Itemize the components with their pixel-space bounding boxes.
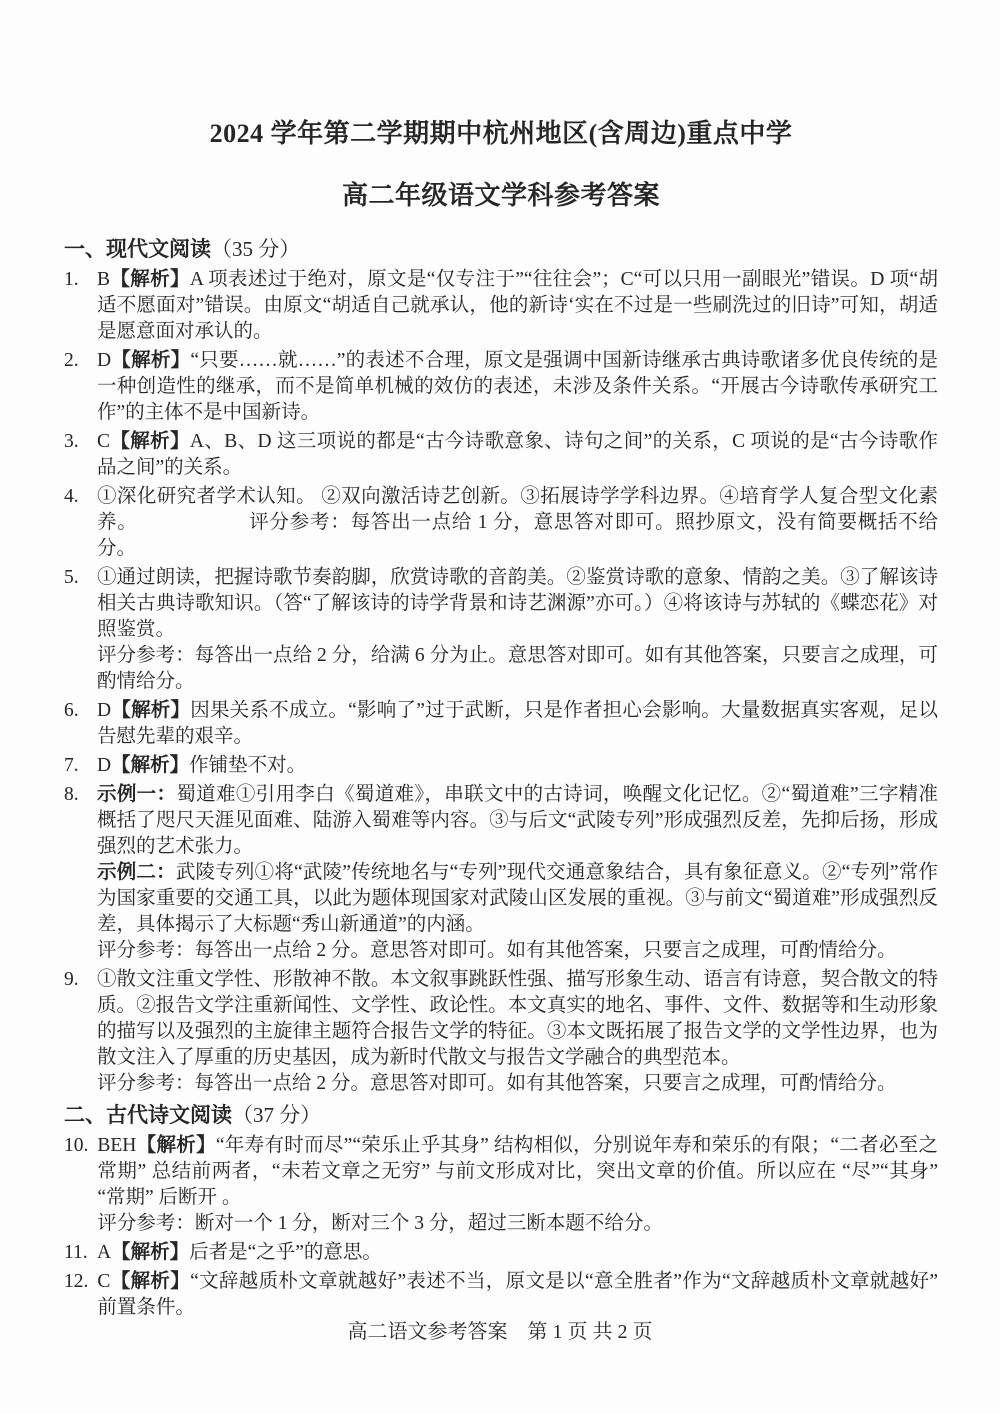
text-run: A 项表述过于绝对，原文是“仅专注于”“往往会”；C“可以只用一副眼光”错误。D… xyxy=(97,269,938,342)
document-page: 2024 学年第二学期期中杭州地区(含周边)重点中学 高二年级语文学科参考答案 … xyxy=(0,0,1000,1414)
answer-item: 2.D【解析】“只要……就……”的表述不合理，原文是强调中国新诗继承古典诗歌诸多… xyxy=(64,348,938,426)
item-number: 3. xyxy=(64,429,88,481)
item-paragraph: 示例二：武陵专列①将“武陵”传统地名与“专列”现代交通意象结合，具有象征意义。②… xyxy=(97,860,938,938)
text-run: 评分参考：每答出一点给 2 分，给满 6 分为止。意思答对即可。如有其他答案，只… xyxy=(97,645,938,692)
text-run: C xyxy=(97,431,110,452)
section-heading: 一、现代文阅读（35 分） xyxy=(64,234,938,264)
item-body: C【解析】“文辞越质朴文章就越好”表述不当，原文是以“意全胜者”作为“文辞越质朴… xyxy=(97,1269,938,1321)
section-heading: 二、古代诗文阅读（37 分） xyxy=(64,1100,938,1130)
text-run: D xyxy=(97,350,111,371)
text-run: 评分参考：每答出一点给 2 分。意思答对即可。如有其他答案，只要言之成理，可酌情… xyxy=(97,1073,897,1094)
text-run: A、B、D 这三项说的都是“古今诗歌意象、诗句之间”的关系，C 项说的是“古今诗… xyxy=(97,431,938,478)
text-run: “年寿有时而尽”“荣乐止乎其身” 结构相似，分别说年寿和荣乐的有限；“二者必至之… xyxy=(97,1135,938,1208)
answer-item: 3.C【解析】A、B、D 这三项说的都是“古今诗歌意象、诗句之间”的关系，C 项… xyxy=(64,429,938,481)
text-run: 因果关系不成立。“影响了”过于武断，只是作者担心会影响。大量数据真实客观，足以告… xyxy=(97,700,938,747)
item-number: 11. xyxy=(64,1240,88,1266)
item-number: 12. xyxy=(64,1269,88,1321)
answer-item: 12.C【解析】“文辞越质朴文章就越好”表述不当，原文是以“意全胜者”作为“文辞… xyxy=(64,1269,938,1321)
text-run: B xyxy=(97,269,110,290)
item-number: 7. xyxy=(64,753,88,779)
item-body: B【解析】A 项表述过于绝对，原文是“仅专注于”“往往会”；C“可以只用一副眼光… xyxy=(97,267,938,345)
item-number: 1. xyxy=(64,267,88,345)
section-title: 一、现代文阅读 xyxy=(64,237,211,261)
answer-item: 10.BEH【解析】“年寿有时而尽”“荣乐止乎其身” 结构相似，分别说年寿和荣乐… xyxy=(64,1133,938,1237)
section-title: 二、古代诗文阅读 xyxy=(64,1103,232,1127)
item-paragraph: C【解析】A、B、D 这三项说的都是“古今诗歌意象、诗句之间”的关系，C 项说的… xyxy=(97,429,938,481)
doc-title-line1: 2024 学年第二学期期中杭州地区(含周边)重点中学 xyxy=(64,118,938,150)
bold-run: 【解析】 xyxy=(110,1271,190,1292)
bold-run: 【解析】 xyxy=(136,1135,216,1156)
item-paragraph: ①通过朗读，把握诗歌节奏韵脚，欣赏诗歌的音韵美。②鉴赏诗歌的意象、情韵之美。③了… xyxy=(97,565,938,643)
item-paragraph: A【解析】后者是“之乎”的意思。 xyxy=(97,1240,938,1266)
item-number: 10. xyxy=(64,1133,88,1237)
bold-run: 【解析】 xyxy=(111,350,190,371)
text-run: 评分参考：断对一个 1 分，断对三个 3 分，超过三断本题不给分。 xyxy=(97,1213,663,1234)
item-body: A【解析】后者是“之乎”的意思。 xyxy=(97,1240,938,1266)
item-body: C【解析】A、B、D 这三项说的都是“古今诗歌意象、诗句之间”的关系，C 项说的… xyxy=(97,429,938,481)
text-run: “只要……就……”的表述不合理，原文是强调中国新诗继承古典诗歌诸多优良传统的是一… xyxy=(97,350,938,423)
answer-item: 11.A【解析】后者是“之乎”的意思。 xyxy=(64,1240,938,1266)
item-paragraph: ①散文注重文学性、形散神不散。本文叙事跳跃性强、描写形象生动、语言有诗意，契合散… xyxy=(97,967,938,1071)
section-score: （37 分） xyxy=(232,1103,321,1127)
item-paragraph: BEH【解析】“年寿有时而尽”“荣乐止乎其身” 结构相似，分别说年寿和荣乐的有限… xyxy=(97,1133,938,1211)
answer-item: 4.①深化研究者学术认知。 ②双向激活诗艺创新。③拓展诗学学科边界。④培育学人复… xyxy=(64,484,938,562)
text-run: D xyxy=(97,755,111,776)
item-paragraph: C【解析】“文辞越质朴文章就越好”表述不当，原文是以“意全胜者”作为“文辞越质朴… xyxy=(97,1269,938,1321)
item-number: 8. xyxy=(64,782,88,964)
item-body: 示例一：蜀道难①引用李白《蜀道难》，串联文中的古诗词，唤醒文化记忆。②“蜀道难”… xyxy=(97,782,938,964)
bold-run: 【解析】 xyxy=(111,755,189,776)
item-paragraph: D【解析】“只要……就……”的表述不合理，原文是强调中国新诗继承古典诗歌诸多优良… xyxy=(97,348,938,426)
item-body: D【解析】作铺垫不对。 xyxy=(97,753,938,779)
item-number: 4. xyxy=(64,484,88,562)
text-run: 作铺垫不对。 xyxy=(189,755,306,776)
item-number: 6. xyxy=(64,698,88,750)
item-number: 9. xyxy=(64,967,88,1097)
text-run: ①深化研究者学术认知。 ②双向激活诗艺创新。③拓展诗学学科边界。④培育学人复合型… xyxy=(97,486,938,559)
bold-run: 示例二： xyxy=(97,862,176,883)
bold-run: 示例一： xyxy=(97,784,176,805)
item-body: BEH【解析】“年寿有时而尽”“荣乐止乎其身” 结构相似，分别说年寿和荣乐的有限… xyxy=(97,1133,938,1237)
item-number: 5. xyxy=(64,565,88,695)
doc-title-line2: 高二年级语文学科参考答案 xyxy=(64,180,938,212)
answer-content: 一、现代文阅读（35 分）1.B【解析】A 项表述过于绝对，原文是“仅专注于”“… xyxy=(64,234,938,1321)
page-footer: 高二语文参考答案 第 1 页 共 2 页 xyxy=(0,1319,1000,1345)
item-paragraph: 评分参考：每答出一点给 2 分，给满 6 分为止。意思答对即可。如有其他答案，只… xyxy=(97,643,938,695)
text-run: ①通过朗读，把握诗歌节奏韵脚，欣赏诗歌的音韵美。②鉴赏诗歌的意象、情韵之美。③了… xyxy=(97,567,938,640)
bold-run: 【解析】 xyxy=(110,431,190,452)
text-run: 武陵专列①将“武陵”传统地名与“专列”现代交通意象结合，具有象征意义。②“专列”… xyxy=(97,862,938,935)
text-run: 蜀道难①引用李白《蜀道难》，串联文中的古诗词，唤醒文化记忆。②“蜀道难”三字精准… xyxy=(97,784,938,857)
item-paragraph: 评分参考：每答出一点给 2 分。意思答对即可。如有其他答案，只要言之成理，可酌情… xyxy=(97,1071,938,1097)
item-body: D【解析】“只要……就……”的表述不合理，原文是强调中国新诗继承古典诗歌诸多优良… xyxy=(97,348,938,426)
text-run: 评分参考：每答出一点给 2 分。意思答对即可。如有其他答案，只要言之成理，可酌情… xyxy=(97,940,897,961)
item-paragraph: D【解析】因果关系不成立。“影响了”过于武断，只是作者担心会影响。大量数据真实客… xyxy=(97,698,938,750)
text-run: D xyxy=(97,700,111,721)
item-body: ①通过朗读，把握诗歌节奏韵脚，欣赏诗歌的音韵美。②鉴赏诗歌的意象、情韵之美。③了… xyxy=(97,565,938,695)
bold-run: 【解析】 xyxy=(110,269,190,290)
text-run: C xyxy=(97,1271,110,1292)
section-score: （35 分） xyxy=(211,237,300,261)
item-body: ①散文注重文学性、形散神不散。本文叙事跳跃性强、描写形象生动、语言有诗意，契合散… xyxy=(97,967,938,1097)
item-paragraph: D【解析】作铺垫不对。 xyxy=(97,753,938,779)
item-number: 2. xyxy=(64,348,88,426)
item-paragraph: 评分参考：每答出一点给 2 分。意思答对即可。如有其他答案，只要言之成理，可酌情… xyxy=(97,938,938,964)
text-run: A xyxy=(97,1242,111,1263)
bold-run: 【解析】 xyxy=(111,700,190,721)
text-run: ①散文注重文学性、形散神不散。本文叙事跳跃性强、描写形象生动、语言有诗意，契合散… xyxy=(97,969,938,1068)
answer-item: 6.D【解析】因果关系不成立。“影响了”过于武断，只是作者担心会影响。大量数据真… xyxy=(64,698,938,750)
bold-run: 【解析】 xyxy=(111,1242,189,1263)
text-run: 后者是“之乎”的意思。 xyxy=(189,1242,382,1263)
item-paragraph: B【解析】A 项表述过于绝对，原文是“仅专注于”“往往会”；C“可以只用一副眼光… xyxy=(97,267,938,345)
text-run: BEH xyxy=(97,1135,136,1156)
text-run: “文辞越质朴文章就越好”表述不当，原文是以“意全胜者”作为“文辞越质朴文章就越好… xyxy=(97,1271,938,1318)
item-body: ①深化研究者学术认知。 ②双向激活诗艺创新。③拓展诗学学科边界。④培育学人复合型… xyxy=(97,484,938,562)
answer-item: 5.①通过朗读，把握诗歌节奏韵脚，欣赏诗歌的音韵美。②鉴赏诗歌的意象、情韵之美。… xyxy=(64,565,938,695)
item-paragraph: ①深化研究者学术认知。 ②双向激活诗艺创新。③拓展诗学学科边界。④培育学人复合型… xyxy=(97,484,938,562)
answer-item: 9.①散文注重文学性、形散神不散。本文叙事跳跃性强、描写形象生动、语言有诗意，契… xyxy=(64,967,938,1097)
item-paragraph: 评分参考：断对一个 1 分，断对三个 3 分，超过三断本题不给分。 xyxy=(97,1211,938,1237)
answer-item: 7.D【解析】作铺垫不对。 xyxy=(64,753,938,779)
answer-item: 1.B【解析】A 项表述过于绝对，原文是“仅专注于”“往往会”；C“可以只用一副… xyxy=(64,267,938,345)
answer-item: 8.示例一：蜀道难①引用李白《蜀道难》，串联文中的古诗词，唤醒文化记忆。②“蜀道… xyxy=(64,782,938,964)
item-body: D【解析】因果关系不成立。“影响了”过于武断，只是作者担心会影响。大量数据真实客… xyxy=(97,698,938,750)
item-paragraph: 示例一：蜀道难①引用李白《蜀道难》，串联文中的古诗词，唤醒文化记忆。②“蜀道难”… xyxy=(97,782,938,860)
